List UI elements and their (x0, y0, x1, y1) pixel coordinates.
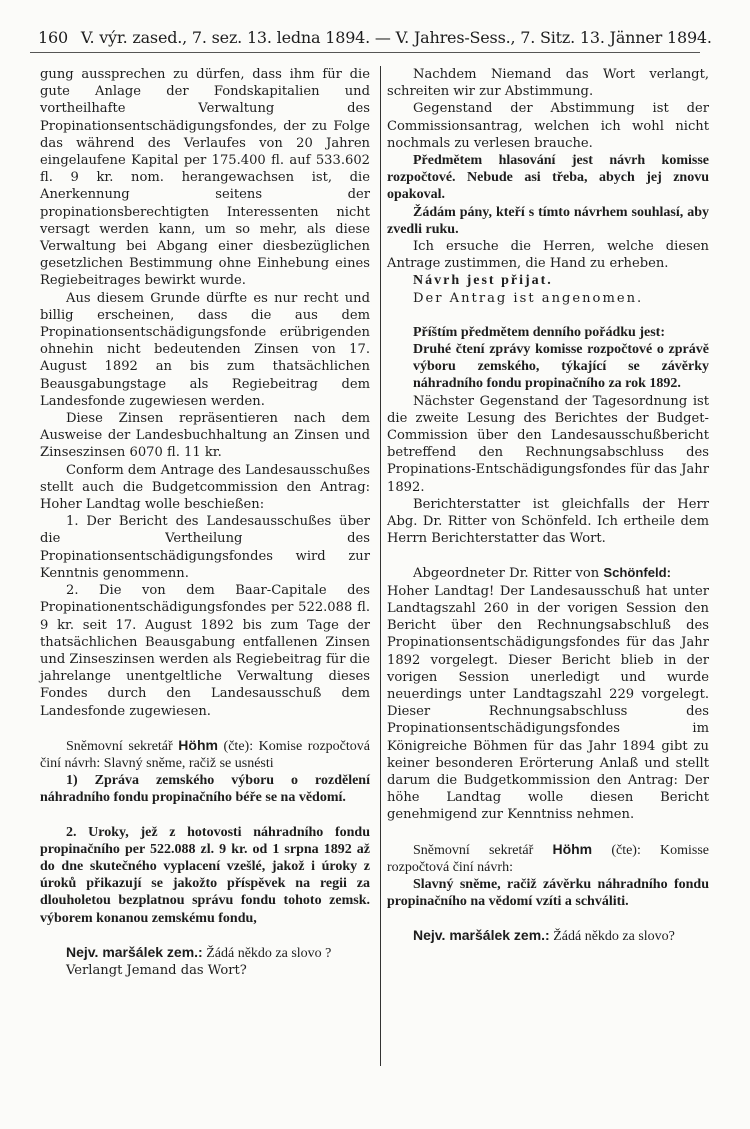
marshal-statement: Nejv. maršálek zem.: Žádá někdo za slovo… (40, 944, 370, 962)
paragraph: Verlangt Jemand das Wort? (40, 962, 370, 979)
secretary-statement: Sněmovní sekretář Höhm (čte): Komisse ro… (387, 841, 709, 876)
paragraph: Hoher Landtag! Der Landesausschuß hat un… (387, 583, 709, 824)
column-divider (380, 66, 381, 1066)
speaker-name: Höhm (552, 841, 592, 857)
marshal-statement: Nejv. maršálek zem.: Žádá někdo za slovo… (387, 927, 709, 945)
paragraph: Žádám pány, kteří s tímto návrhem souhla… (387, 204, 709, 238)
header-rule (30, 52, 700, 53)
paragraph: 2. Die von dem Baar-Capitale des Propina… (40, 582, 370, 720)
agenda-intro: Příštím předmětem denního pořádku jest: (387, 324, 709, 341)
paragraph: Aus diesem Grunde dürfte es nur recht un… (40, 290, 370, 410)
running-title: V. výr. zased., 7. sez. 13. ledna 1894. … (81, 28, 712, 47)
statement-text: Žádá někdo za slovo? (553, 929, 675, 944)
paragraph: Nachdem Niemand das Wort verlangt, schre… (387, 66, 709, 100)
speaker-label: Nejv. maršálek zem.: (413, 927, 550, 943)
speaker-name: Höhm (178, 737, 218, 753)
running-header: 160 V. výr. zased., 7. sez. 13. ledna 18… (38, 28, 698, 50)
paragraph: Gegenstand der Abstimmung ist der Commis… (387, 100, 709, 152)
paragraph: 1) Zpráva zemského výboru o rozdělení ná… (40, 772, 370, 806)
left-column: gung aussprechen zu dürfen, dass ihm für… (40, 66, 370, 979)
speaker-name: Schönfeld: (603, 565, 671, 580)
paragraph: Nächster Gegenstand der Tagesordnung ist… (387, 393, 709, 496)
secretary-statement: Sněmovní sekretář Höhm (čte): Komise roz… (40, 737, 370, 772)
reporter-intro: Abgeordneter Dr. Ritter von Schönfeld: (387, 564, 709, 582)
right-column: Nachdem Niemand das Wort verlangt, schre… (387, 66, 709, 946)
paragraph: Conform dem Antrage des Landesausschußes… (40, 462, 370, 514)
page-number: 160 (38, 28, 76, 47)
paragraph: gung aussprechen zu dürfen, dass ihm für… (40, 66, 370, 290)
agenda-item: Druhé čtení zprávy komisse rozpočtové o … (387, 341, 709, 393)
paragraph: 1. Der Bericht des Landesausschußes über… (40, 513, 370, 582)
speaker-label: Abgeordneter Dr. Ritter von (413, 566, 599, 581)
speaker-label: Sněmovní sekretář (413, 843, 533, 858)
paragraph: Berichterstatter ist gleichfalls der Her… (387, 496, 709, 548)
speaker-label: Nejv. maršálek zem.: (66, 944, 203, 960)
statement-text: Žádá někdo za slovo ? (206, 946, 331, 961)
paragraph: Předmětem hlasování jest návrh komisse r… (387, 152, 709, 204)
paragraph: Diese Zinsen repräsentieren nach dem Aus… (40, 410, 370, 462)
result-german: Der Antrag ist angenomen. (387, 290, 709, 307)
result-czech: Návrh jest přijat. (387, 272, 709, 289)
speaker-label: Sněmovní sekretář (66, 739, 173, 754)
paragraph: Ich ersuche die Herren, welche diesen An… (387, 238, 709, 272)
paragraph: 2. Uroky, jež z hotovosti náhradního fon… (40, 824, 370, 927)
paragraph: Slavný sněme, račiž závěrku náhradního f… (387, 876, 709, 910)
